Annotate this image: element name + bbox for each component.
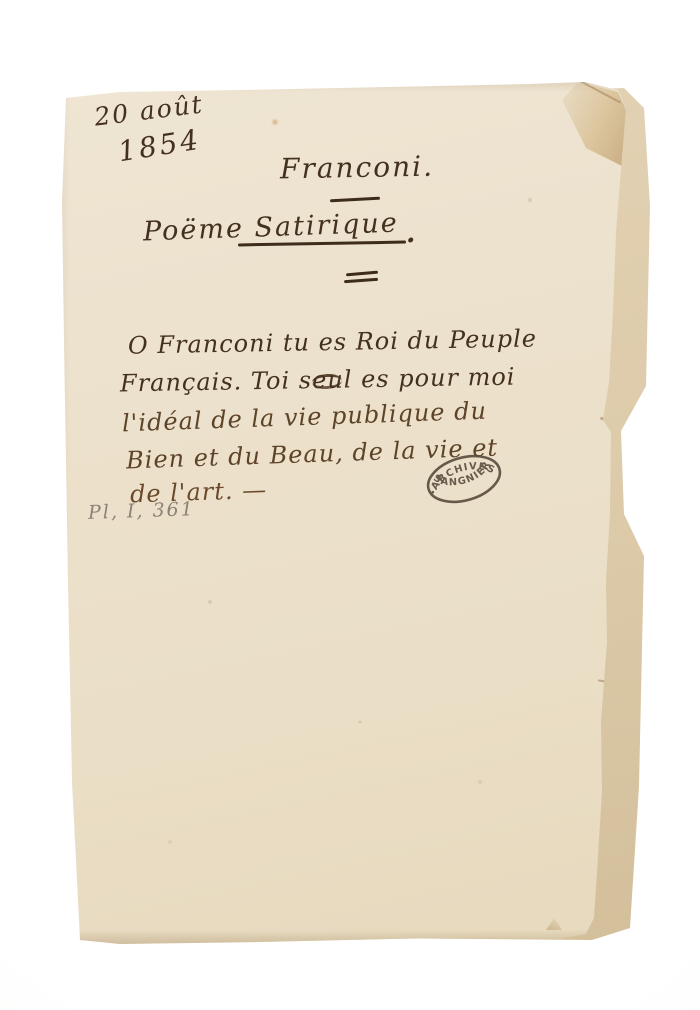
double-dash-stroke bbox=[344, 278, 378, 283]
manuscript-date-year: 1854 bbox=[116, 126, 203, 167]
top-right-fold bbox=[556, 82, 628, 170]
body-line-1: O Franconi tu es Roi du Peuple bbox=[128, 326, 537, 357]
title-underline-stroke bbox=[330, 197, 380, 202]
manuscript-title: Franconi. bbox=[280, 153, 434, 184]
pencil-catalog-note: Pl, I, 361 bbox=[88, 500, 195, 523]
manuscript-page: 20 août 1854 Franconi. Poëme Satirique .… bbox=[60, 82, 636, 944]
double-dash-stroke bbox=[346, 271, 378, 276]
photo-backdrop: 20 août 1854 Franconi. Poëme Satirique .… bbox=[0, 0, 700, 1010]
subtitle-period: . bbox=[406, 220, 415, 247]
manuscript-subtitle: Poëme Satirique bbox=[143, 210, 400, 246]
body-line-3: l'idéal de la vie publique du bbox=[122, 399, 488, 436]
bottom-right-fold bbox=[546, 918, 562, 930]
